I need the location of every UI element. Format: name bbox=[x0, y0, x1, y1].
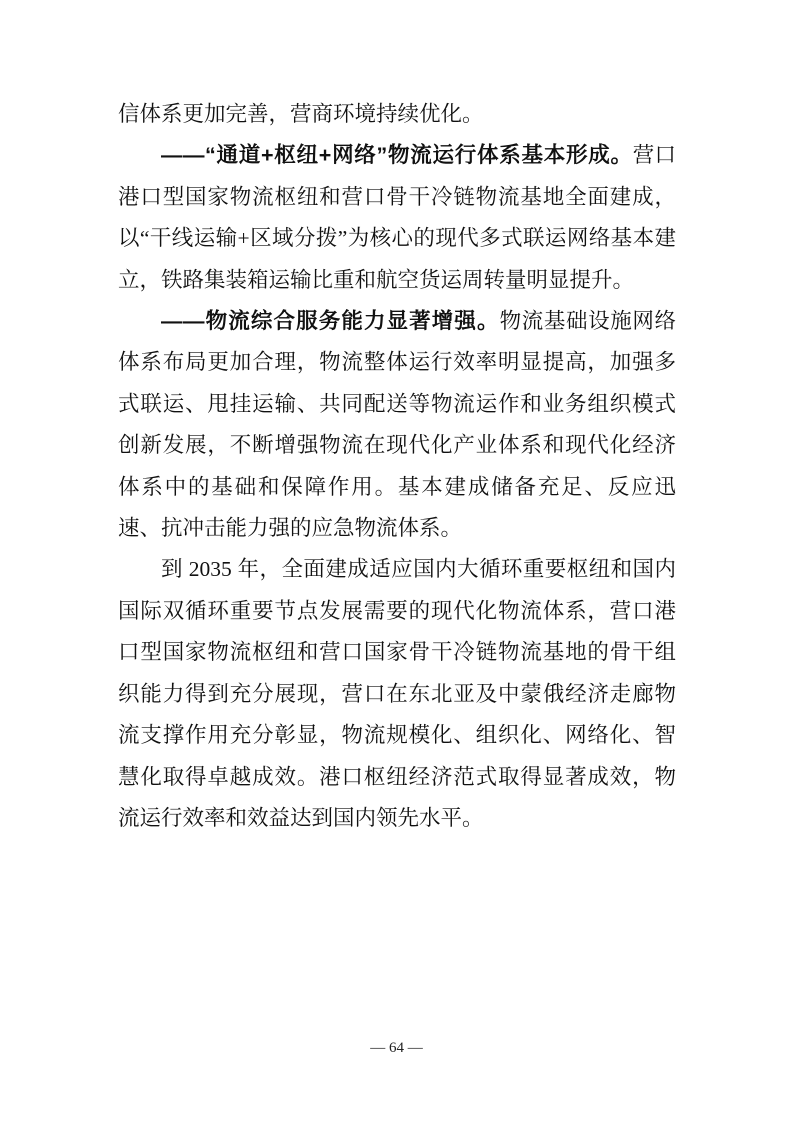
paragraph-comprehensive-service: ——物流综合服务能力显著增强。物流基础设施网络体系布局更加合理，物流整体运行效率… bbox=[118, 301, 676, 549]
paragraph-continuation: 信体系更加完善，营商环境持续优化。 bbox=[118, 94, 676, 135]
heading-run: ——物流综合服务能力显著增强。 bbox=[161, 309, 500, 333]
page-footer: — 64 — bbox=[0, 1038, 793, 1058]
body-text-run: 物流基础设施网络体系布局更加合理，物流整体运行效率明显提高，加强多式联运、甩挂运… bbox=[118, 309, 676, 540]
page-number: — 64 — bbox=[370, 1040, 423, 1056]
paragraph-2035-goals: 到 2035 年，全面建成适应国内大循环重要枢纽和国内国际双循环重要节点发展需要… bbox=[118, 549, 676, 839]
document-page: 信体系更加完善，营商环境持续优化。 ——“通道+枢纽+网络”物流运行体系基本形成… bbox=[0, 0, 793, 1122]
heading-run: ——“通道+枢纽+网络”物流运行体系基本形成。 bbox=[161, 143, 633, 167]
body-text-run: 到 2035 年，全面建成适应国内大循环重要枢纽和国内国际双循环重要节点发展需要… bbox=[118, 557, 676, 829]
body-text-run: 信体系更加完善，营商环境持续优化。 bbox=[118, 102, 484, 126]
text-block: 信体系更加完善，营商环境持续优化。 ——“通道+枢纽+网络”物流运行体系基本形成… bbox=[118, 94, 676, 839]
paragraph-channel-hub-network: ——“通道+枢纽+网络”物流运行体系基本形成。营口港口型国家物流枢纽和营口骨干冷… bbox=[118, 135, 676, 301]
